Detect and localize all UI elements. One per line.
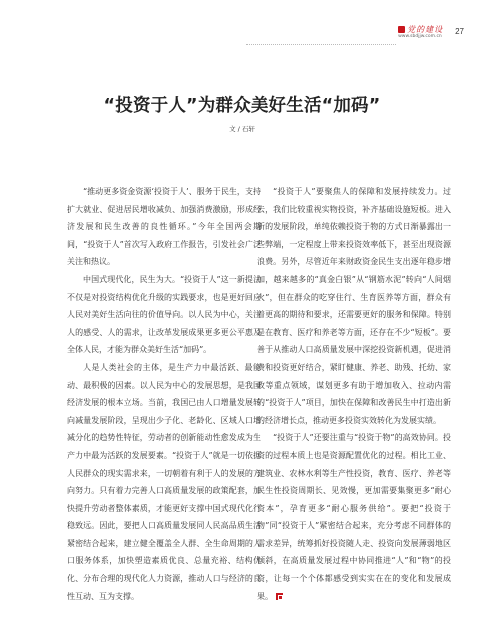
logo-url: www.sbdjjw.com.cn: [398, 34, 442, 40]
header-dotted-rule: [246, 44, 396, 45]
right-column: “投资于人”要聚焦人的保障和发展持续发力。过去，我们比较重视实物投资，补齐基础设…: [257, 183, 451, 605]
paragraph: 人是人类社会的主体，是生产力中最活跃、最能动、最积极的因素。以人民为中心的发展思…: [67, 359, 261, 605]
paragraph: 中国式现代化，民生为大。“投资于人”这一新提法不仅是对投资结构优化升级的实践要求…: [67, 271, 261, 359]
end-mark-icon: [276, 593, 283, 600]
page-number: 27: [455, 27, 464, 36]
paragraph: “投资于人”要聚焦人的保障和发展持续发力。过去，我们比较重视实物投资，补齐基础设…: [257, 183, 451, 429]
page-header: 党的建设 www.sbdjjw.com.cn 27: [398, 25, 464, 40]
logo-text: 党的建设: [407, 25, 443, 34]
paragraph: “推动更多资金资源‘投资于人’、服务于民生，支持扩大就业、促进居民增收减负、加强…: [67, 183, 261, 271]
party-emblem-icon: [398, 26, 405, 33]
magazine-logo: 党的建设 www.sbdjjw.com.cn: [398, 25, 443, 40]
paragraph-text: “投资于人”还要注重与“投资于物”的高效协同。投资的过程本质上也是资源配置优化的…: [257, 433, 451, 600]
article-byline: 文 / 石轩: [0, 124, 484, 133]
left-column: “推动更多资金资源‘投资于人’、服务于民生，支持扩大就业、促进居民增收减负、加强…: [67, 183, 261, 605]
paragraph-final: “投资于人”还要注重与“投资于物”的高效协同。投资的过程本质上也是资源配置优化的…: [257, 429, 451, 605]
article-title: “投资于人”为群众美好生活“加码”: [0, 92, 484, 117]
